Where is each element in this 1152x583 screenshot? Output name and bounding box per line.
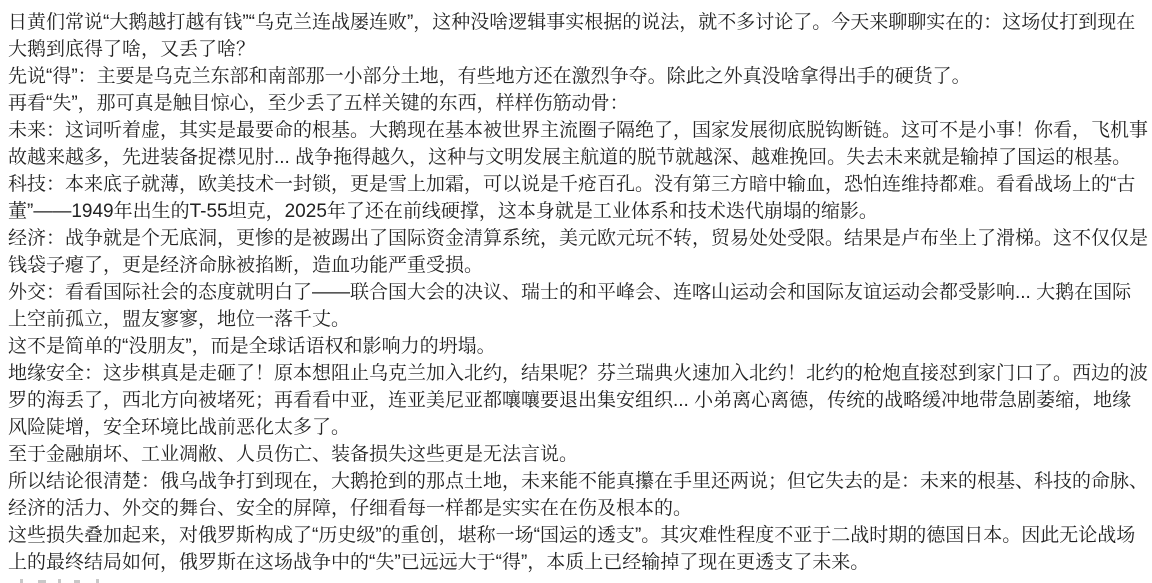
paragraph-other-losses: 至于金融崩坏、工业凋敝、人员伤亡、装备损失这些更是无法言说。 [8, 441, 1148, 468]
paragraph-future: 未来：这词听着虚，其实是最要命的根基。大鹅现在基本被世界主流圈子隔绝了，国家发展… [8, 117, 1148, 171]
clipped-line-fragment [8, 576, 1148, 583]
paragraph-gains: 先说“得”：主要是乌克兰东部和南部那一小部分土地，有些地方还在激烈争夺。除此之外… [8, 63, 1148, 90]
paragraph-intro: 日黄们常说“大鹅越打越有钱”“乌克兰连战屡连败”，这种没啥逻辑事实根据的说法，就… [8, 9, 1148, 63]
paragraph-geosecurity: 地缘安全：这步棋真是走砸了！原本想阻止乌克兰加入北约，结果呢？芬兰瑞典火速加入北… [8, 360, 1148, 441]
paragraph-influence: 这不是简单的“没朋友”，而是全球话语权和影响力的坍塌。 [8, 333, 1148, 360]
paragraph-conclusion: 所以结论很清楚：俄乌战争打到现在，大鹅抢到的那点土地，未来能不能真攥在手里还两说… [8, 468, 1148, 522]
paragraph-technology: 科技：本来底子就薄，欧美技术一封锁，更是雪上加霜，可以说是千疮百孔。没有第三方暗… [8, 171, 1148, 225]
article-body: 日黄们常说“大鹅越打越有钱”“乌克兰连战屡连败”，这种没啥逻辑事实根据的说法，就… [0, 0, 1152, 583]
paragraph-economy: 经济：战争就是个无底洞，更惨的是被踢出了国际资金清算系统，美元欧元玩不转，贸易处… [8, 225, 1148, 279]
paragraph-losses-intro: 再看“失”，那可真是触目惊心，至少丢了五样关键的东西，样样伤筋动骨： [8, 90, 1148, 117]
paragraph-final-verdict: 这些损失叠加起来，对俄罗斯构成了“历史级”的重创，堪称一场“国运的透支”。其灾难… [8, 522, 1148, 576]
paragraph-diplomacy: 外交：看看国际社会的态度就明白了——联合国大会的决议、瑞士的和平峰会、连喀山运动… [8, 279, 1148, 333]
